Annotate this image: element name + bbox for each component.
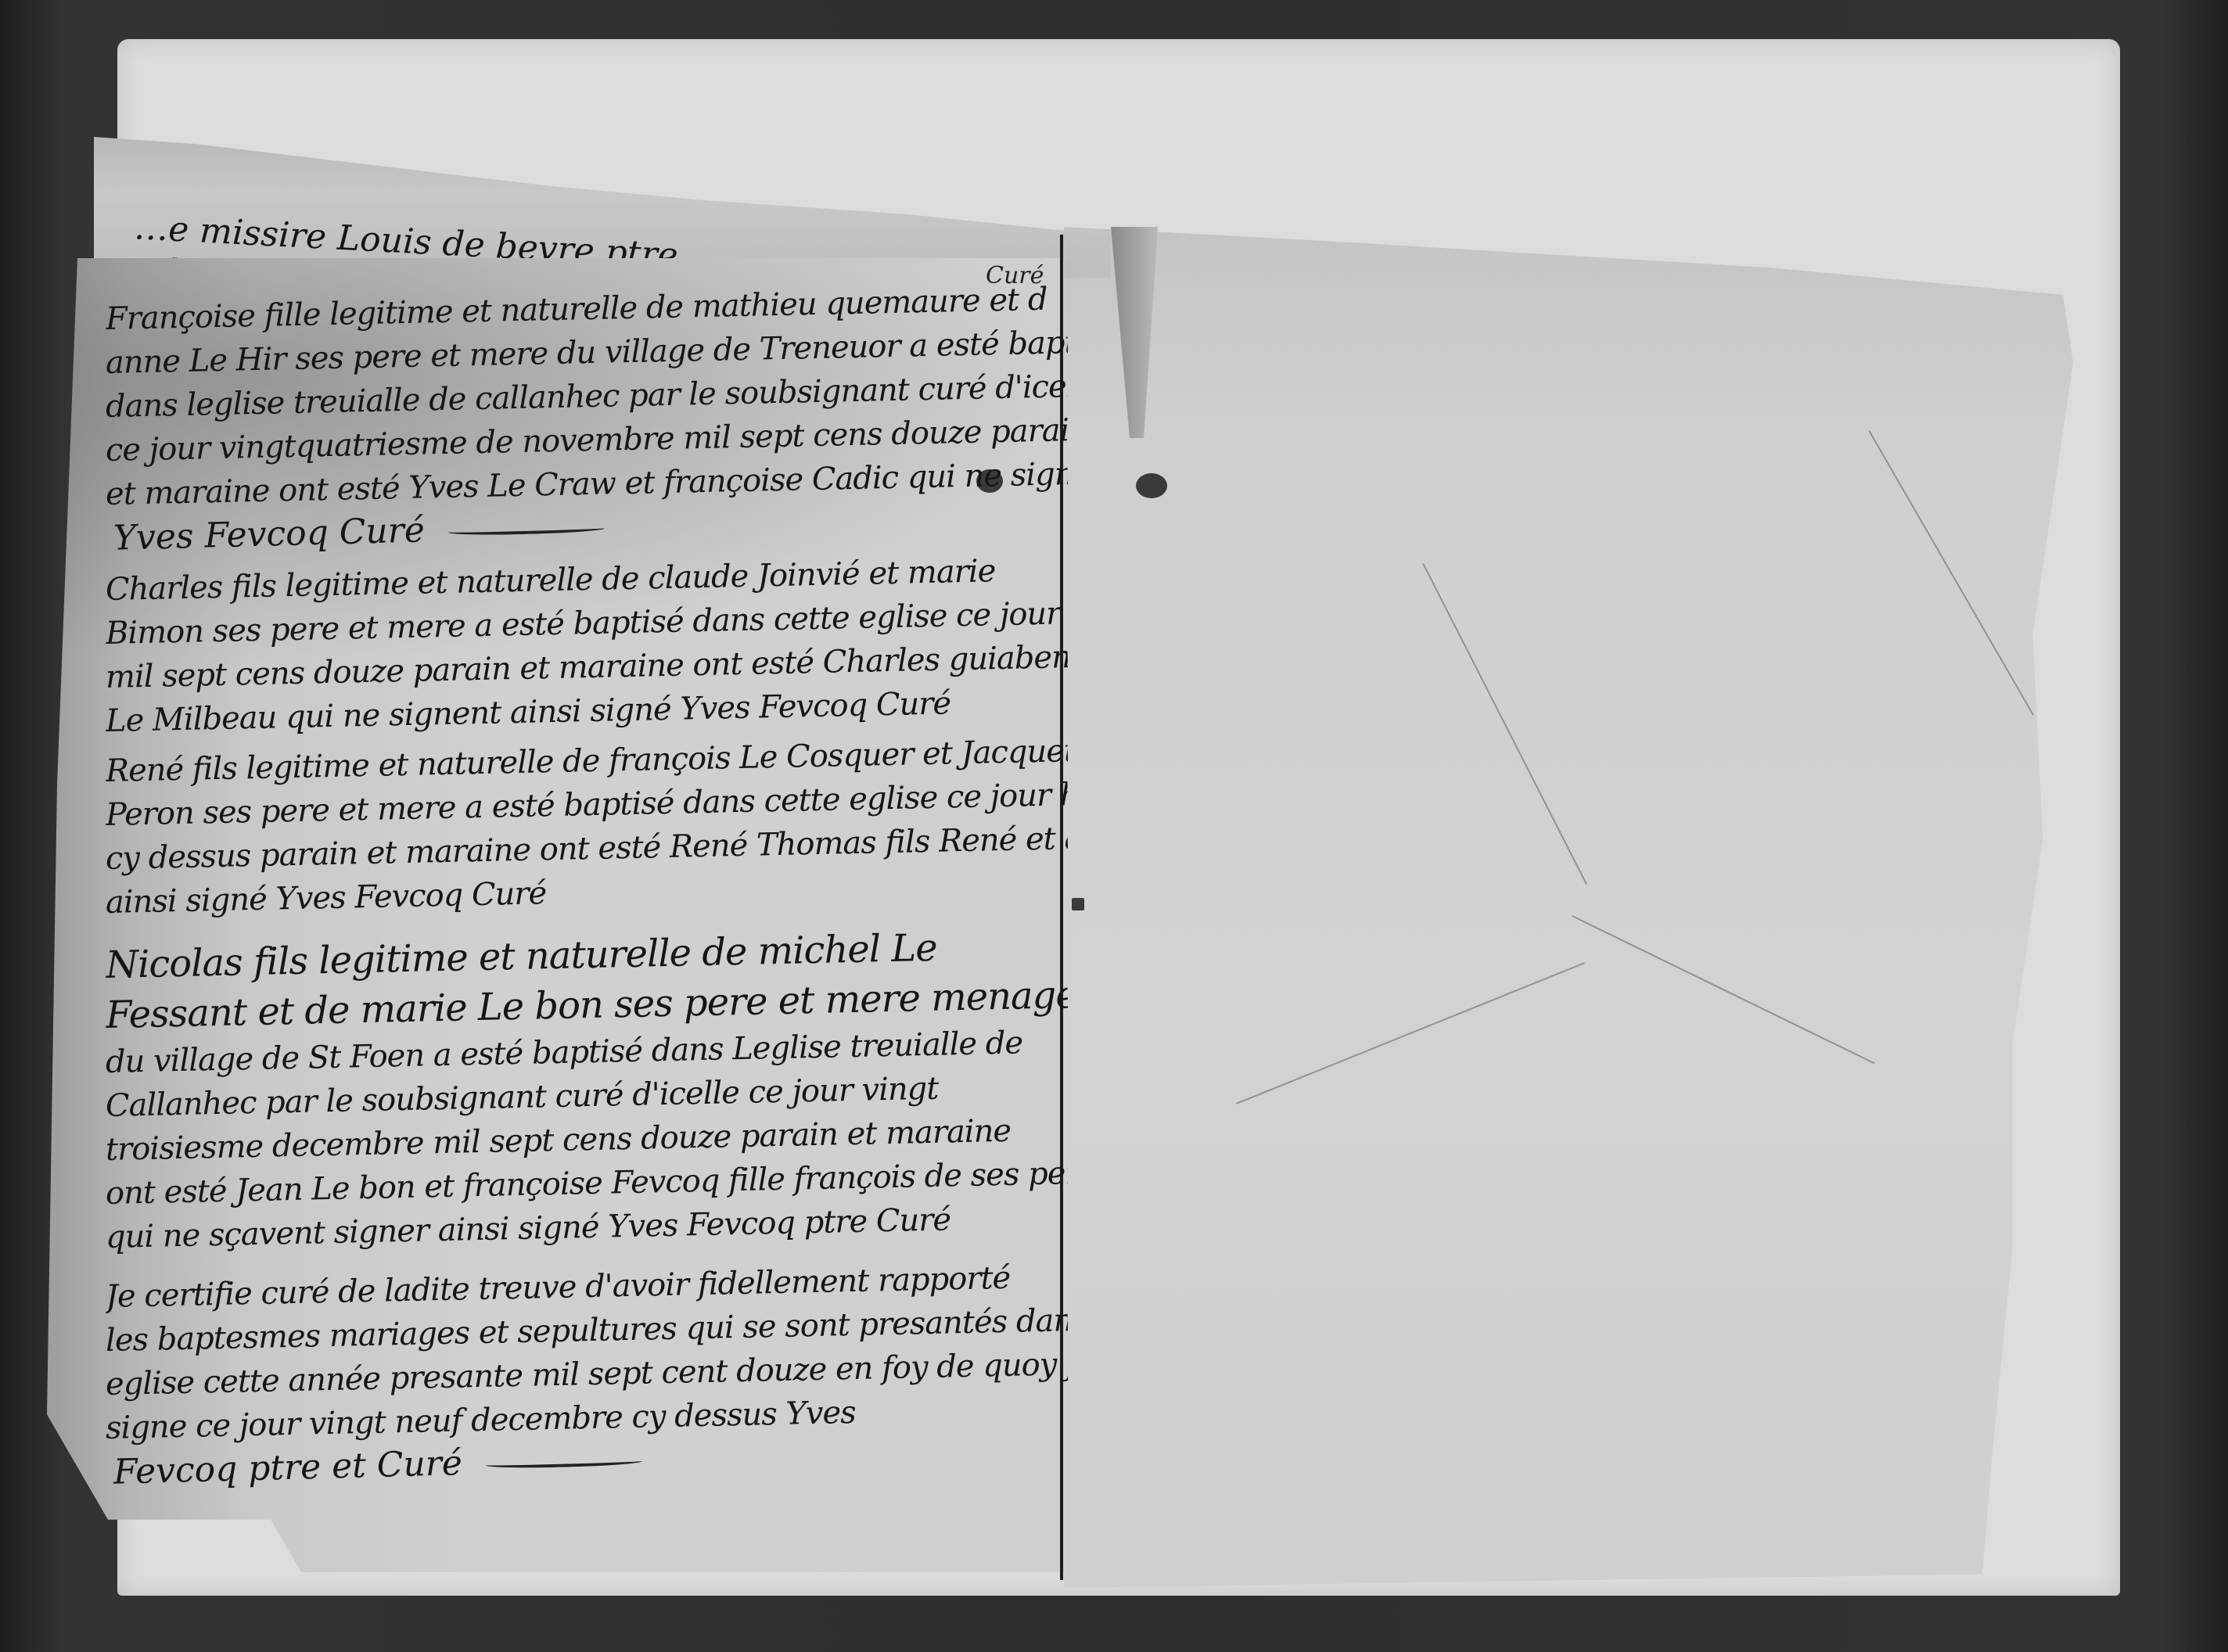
signature-text: Fevcoq ptre et Curé xyxy=(113,1443,462,1492)
wax-seal-blot xyxy=(1136,473,1167,498)
signature-flourish xyxy=(486,1457,642,1469)
baptism-entry-francoise: Françoise fille legitime et naturelle de… xyxy=(106,297,1068,562)
manuscript-text: Françoise fille legitime et naturelle de… xyxy=(106,297,1068,1502)
baptism-entry-nicolas: Nicolas fils legitime et naturelle de mi… xyxy=(106,940,1068,1259)
baptism-entry-rene: René fils legitime et naturelle de franç… xyxy=(106,749,1068,925)
ink-blot xyxy=(1072,898,1084,910)
baptism-entry-charles: Charles fils legitime et naturelle de cl… xyxy=(106,568,1068,743)
signature-flourish xyxy=(448,524,605,536)
right-page-blank xyxy=(1064,227,2073,1588)
year-end-certification: Je certifie curé de ladite treuve d'avoi… xyxy=(106,1275,1068,1496)
signature-text: Yves Fevcoq Curé xyxy=(113,510,425,558)
